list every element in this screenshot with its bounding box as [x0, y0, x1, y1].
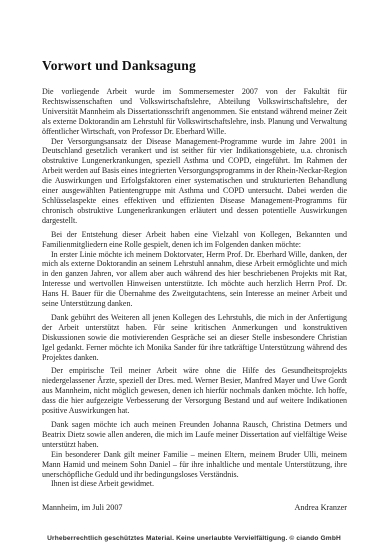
paragraph: Ein besonderer Dank gilt meiner Familie …: [42, 450, 347, 480]
page-title: Vorwort und Danksagung: [42, 58, 347, 74]
paragraph: Der empirische Teil meiner Arbeit wäre o…: [42, 366, 347, 416]
signature-row: Mannheim, im Juli 2007 Andrea Kranzer: [42, 503, 347, 513]
paragraph: Dank gebührt des Weiteren all jenen Koll…: [42, 313, 347, 363]
paragraph: Ihnen ist diese Arbeit gewidmet.: [42, 479, 347, 489]
copyright-footer: Urheberrechtlich geschütztes Material. K…: [0, 535, 388, 542]
body-paragraphs: Die vorliegende Arbeit wurde im Sommerse…: [42, 87, 347, 489]
signature-place-date: Mannheim, im Juli 2007: [42, 503, 123, 513]
paragraph: Bei der Entstehung dieser Arbeit haben e…: [42, 230, 347, 250]
paragraph: Der Versorgungsansatz der Disease Manage…: [42, 137, 347, 226]
paragraph: Dank sagen möchte ich auch meinen Freund…: [42, 420, 347, 450]
paragraph: Die vorliegende Arbeit wurde im Sommerse…: [42, 87, 347, 137]
signature-author: Andrea Kranzer: [294, 503, 347, 513]
book-page: Vorwort und Danksagung Die vorliegende A…: [0, 0, 388, 550]
paragraph: In erster Linie möchte ich meinem Doktor…: [42, 250, 347, 309]
